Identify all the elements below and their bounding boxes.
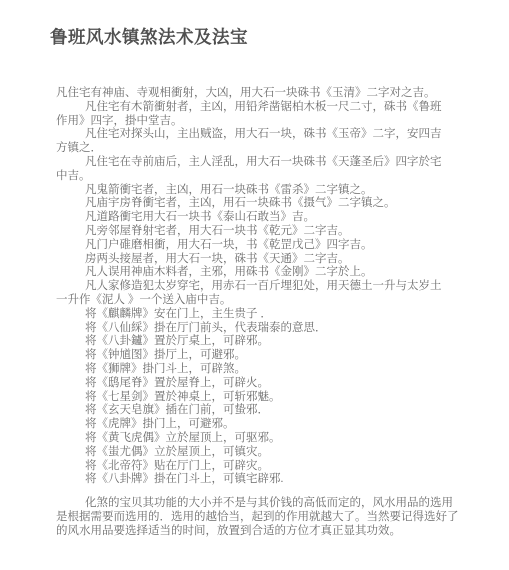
text-line: 凡住宅在寺前庙后，主人淫乱，用大石一块硃书《天蓬圣后》四字於宅 <box>56 156 466 170</box>
text-line: 将《玄天皂旗》插在门前，可蛰邪． <box>56 404 466 418</box>
text-line: 将《黄飞虎偶》立於屋顶上，可驱邪。 <box>56 432 466 446</box>
text-line: 将《八卦牌》掛在门斗上，可镇宅辟邪. <box>56 473 466 487</box>
document-page: 鲁班风水镇煞法术及法宝 凡住宅有神庙、寺观相衝射，大凶，用大石一块硃书《玉清》二… <box>0 0 509 570</box>
text-line: 将《八仙綵》掛在厅门前头，代表瑞泰的意思． <box>56 322 466 336</box>
text-line: 凡鬼箭衝宅者，主凶，用石一块硃书《雷杀》二字镇之。 <box>56 184 466 198</box>
text-line: 将《八卦鑪》置於厅桌上，可辟邪。 <box>56 335 466 349</box>
text-line: 凡住宅有神庙、寺观相衝射，大凶，用大石一块硃书《玉清》二字对之吉。 <box>56 87 466 101</box>
text-line: 将《鸱尾脊》置於屋脊上，可辟火。 <box>56 377 466 391</box>
text-line: 凡旁邻屋脊射宅者，用大石一块书《乾元》二字吉。 <box>56 225 466 239</box>
text-line: 凡道路衝宅用大石一块书《泰山石敢当》吉。 <box>56 211 466 225</box>
text-line: 将《七星剑》置於神桌上，可斩邪魅。 <box>56 391 466 405</box>
text-line: 凡人误用神庙木料者，主邪，用硃书《金刚》二字於上。 <box>56 266 466 280</box>
blank-line <box>56 487 466 497</box>
text-line: 一升作《泥人 》一个送入庙中吉。 <box>56 294 466 308</box>
text-line: 的风水用品要选择适当的时间，放置到合适的方位才真正显其功效。 <box>56 525 466 539</box>
text-line: 将《钟馗图》掛厅上，可避邪。 <box>56 349 466 363</box>
text-line: 将《虎牌》掛门上，可避邪。 <box>56 418 466 432</box>
text-line: 房两头接屋者，用大石一块，硃书《天通》二字吉。 <box>56 253 466 267</box>
text-line: 化煞的宝贝其功能的大小并不是与其价钱的高低而定的，风水用品的选用 <box>56 497 466 511</box>
text-line: 凡门户碓磨相衝，用大石一块，书《乾罡戊己》四字吉。 <box>56 239 466 253</box>
text-line: 将《狮牌》掛门斗上，可辟煞。 <box>56 363 466 377</box>
text-line: 凡人家修造犯太岁穿宅，用赤石一百斤埋犯处，用天德土一升与太岁土 <box>56 280 466 294</box>
text-line: 将《蚩尤偶》立於屋顶上，可镇灾。 <box>56 446 466 460</box>
document-body: 凡住宅有神庙、寺观相衝射，大凶，用大石一块硃书《玉清》二字对之吉。凡住宅有木箭衝… <box>56 87 466 539</box>
text-line: 将《北帝符》贴在厅门上，可辟灾。 <box>56 460 466 474</box>
text-line: 凡庙宇房脊衝宅者，主凶，用石一块硃书《摄气》二字镇之。 <box>56 197 466 211</box>
text-line: 将《麒麟牌》安在门上，主生贵子 ． <box>56 308 466 322</box>
text-line: 凡住宅对探头山，主出贼盗，用大石一块，硃书《玉帝》二字，安四吉 <box>56 128 466 142</box>
text-line: 中吉。 <box>56 170 466 184</box>
text-line: 凡住宅有木箭衝射者，主凶，用铅斧凿锯柏木板一尺二寸，硃书《鲁班 <box>56 101 466 115</box>
text-line: 作用》四字，掛中堂吉。 <box>56 115 466 129</box>
text-line: 方镇之． <box>56 142 466 156</box>
text-line: 是根据需要而选用的．选用的越恰当，起到的作用就越大了。当然要记得选好了 <box>56 511 466 525</box>
document-title: 鲁班风水镇煞法术及法宝 <box>50 24 248 49</box>
